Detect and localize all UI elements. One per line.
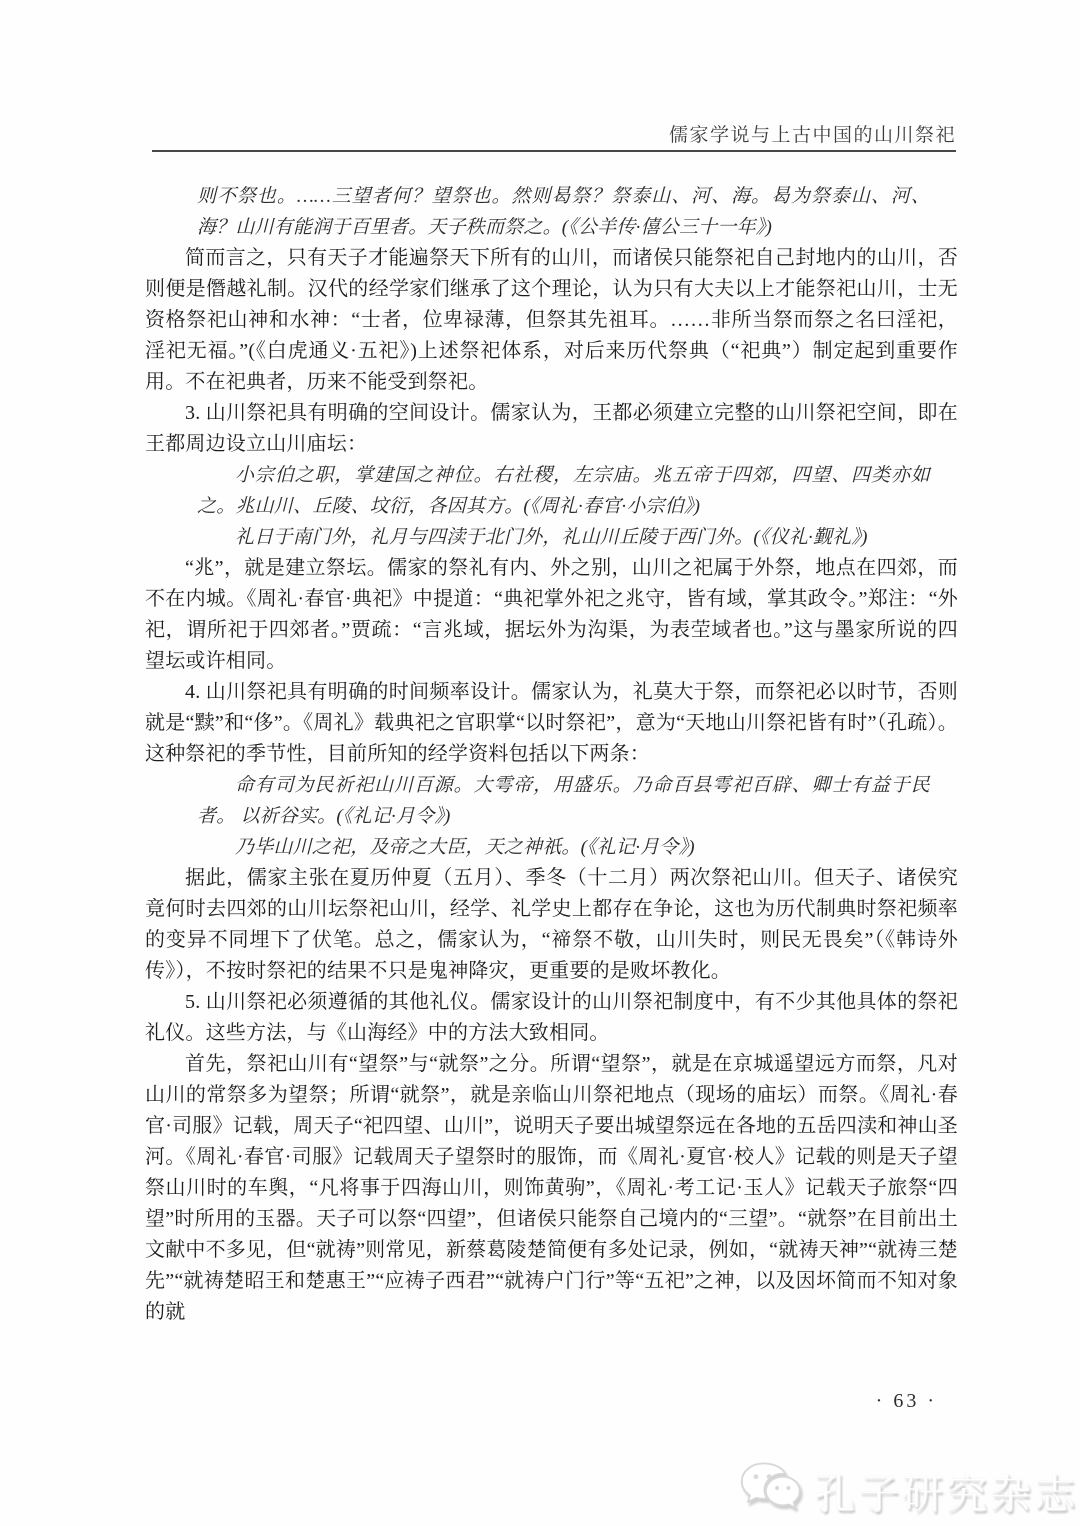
quote-block: 则不祭也。……三望者何？望祭也。然则曷祭？祭泰山、河、海。曷为祭泰山、河、海？山…	[197, 181, 930, 243]
paragraph: 3. 山川祭祀具有明确的空间设计。儒家认为，王都必须建立完整的山川祭祀空间，即在…	[145, 398, 958, 460]
paragraph: “兆”，就是建立祭坛。儒家的祭礼有内、外之别，山川之祀属于外祭，地点在四郊，而不…	[145, 553, 958, 677]
journal-watermark: 孔子研究杂志	[738, 1459, 1078, 1522]
quote-block: 乃毕山川之祀，及帝之大臣，天之神祇。(《礼记·月令》)	[197, 832, 930, 863]
paragraph: 5. 山川祭祀必须遵循的其他礼仪。儒家设计的山川祭祀制度中，有不少其他具体的祭祀…	[145, 987, 958, 1049]
article-body: 则不祭也。……三望者何？望祭也。然则曷祭？祭泰山、河、海。曷为祭泰山、河、海？山…	[145, 181, 958, 1328]
quote-block: 小宗伯之职，掌建国之神位。右社稷，左宗庙。兆五帝于四郊，四望、四类亦如之。兆山川…	[197, 460, 930, 522]
paragraph: 简而言之，只有天子才能遍祭天下所有的山川，而诸侯只能祭祀自己封地内的山川，否则便…	[145, 243, 958, 398]
running-header-title: 儒家学说与上古中国的山川祭祀	[152, 124, 956, 148]
paragraph: 4. 山川祭祀具有明确的时间频率设计。儒家认为，礼莫大于祭，而祭祀必以时节，否则…	[145, 677, 958, 770]
quote-block: 礼日于南门外，礼月与四渎于北门外，礼山川丘陵于西门外。(《仪礼·觐礼》)	[197, 522, 930, 553]
quote-block: 命有司为民祈祀山川百源。大雩帝，用盛乐。乃命百县雩祀百辟、卿士有益于民者。 以祈…	[197, 770, 930, 832]
paragraph: 首先，祭祀山川有“望祭”与“就祭”之分。所谓“望祭”，就是在京城遥望远方而祭，凡…	[145, 1049, 958, 1328]
document-page: 儒家学说与上古中国的山川祭祀 则不祭也。……三望者何？望祭也。然则曷祭？祭泰山、…	[0, 0, 1080, 1526]
wechat-icon	[738, 1459, 804, 1522]
page-number: · 63 ·	[876, 1390, 937, 1413]
header-rule	[152, 150, 956, 152]
paragraph: 据此，儒家主张在夏历仲夏（五月）、季冬（十二月）两次祭祀山川。但天子、诸侯究竟何…	[145, 863, 958, 987]
watermark-text: 孔子研究杂志	[814, 1461, 1078, 1520]
